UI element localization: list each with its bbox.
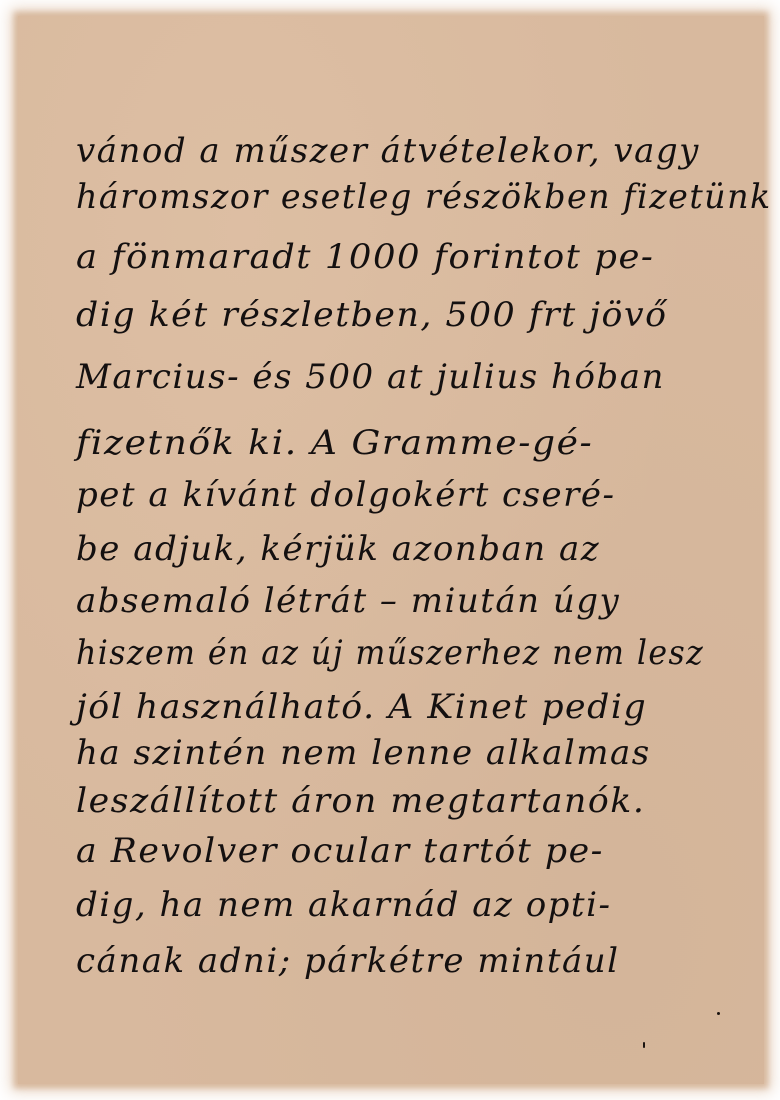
manuscript-line-16: cának adni; párkétre mintául [76,944,620,978]
manuscript-line-12: ha szintén nem lenne alkalmas [76,736,651,770]
manuscript-line-13: leszállított áron megtartanók. [76,784,645,818]
manuscript-line-5: Marcius- és 500 at julius hóban [76,360,665,394]
manuscript-line-7: pet a kívánt dolgokért cseré- [76,478,616,512]
manuscript-line-14: a Revolver ocular tartót pe- [76,834,604,868]
ink-speck [643,1042,645,1048]
manuscript-line-11: jól használható. A Kinet pedig [76,690,647,724]
manuscript-line-9: absemaló létrát – miután úgy [76,584,620,618]
ink-speck [717,1012,720,1015]
manuscript-line-1: vánod a műszer átvételekor, vagy [76,134,700,168]
manuscript-line-8: be adjuk, kérjük azonban az [76,532,600,566]
manuscript-page: vánod a műszer átvételekor, vagy háromsz… [18,16,764,1084]
manuscript-line-2: háromszor esetleg részökben fizetünk [76,180,772,214]
manuscript-line-6: fizetnők ki. A Gramme-gé- [76,426,593,460]
manuscript-line-4: dig két részletben, 500 frt jövő [76,298,668,332]
manuscript-line-3: a fönmaradt 1000 forintot pe- [76,240,654,274]
manuscript-line-10: hiszem én az új műszerhez nem lesz [76,636,704,670]
manuscript-line-15: dig, ha nem akarnád az opti- [76,888,611,922]
